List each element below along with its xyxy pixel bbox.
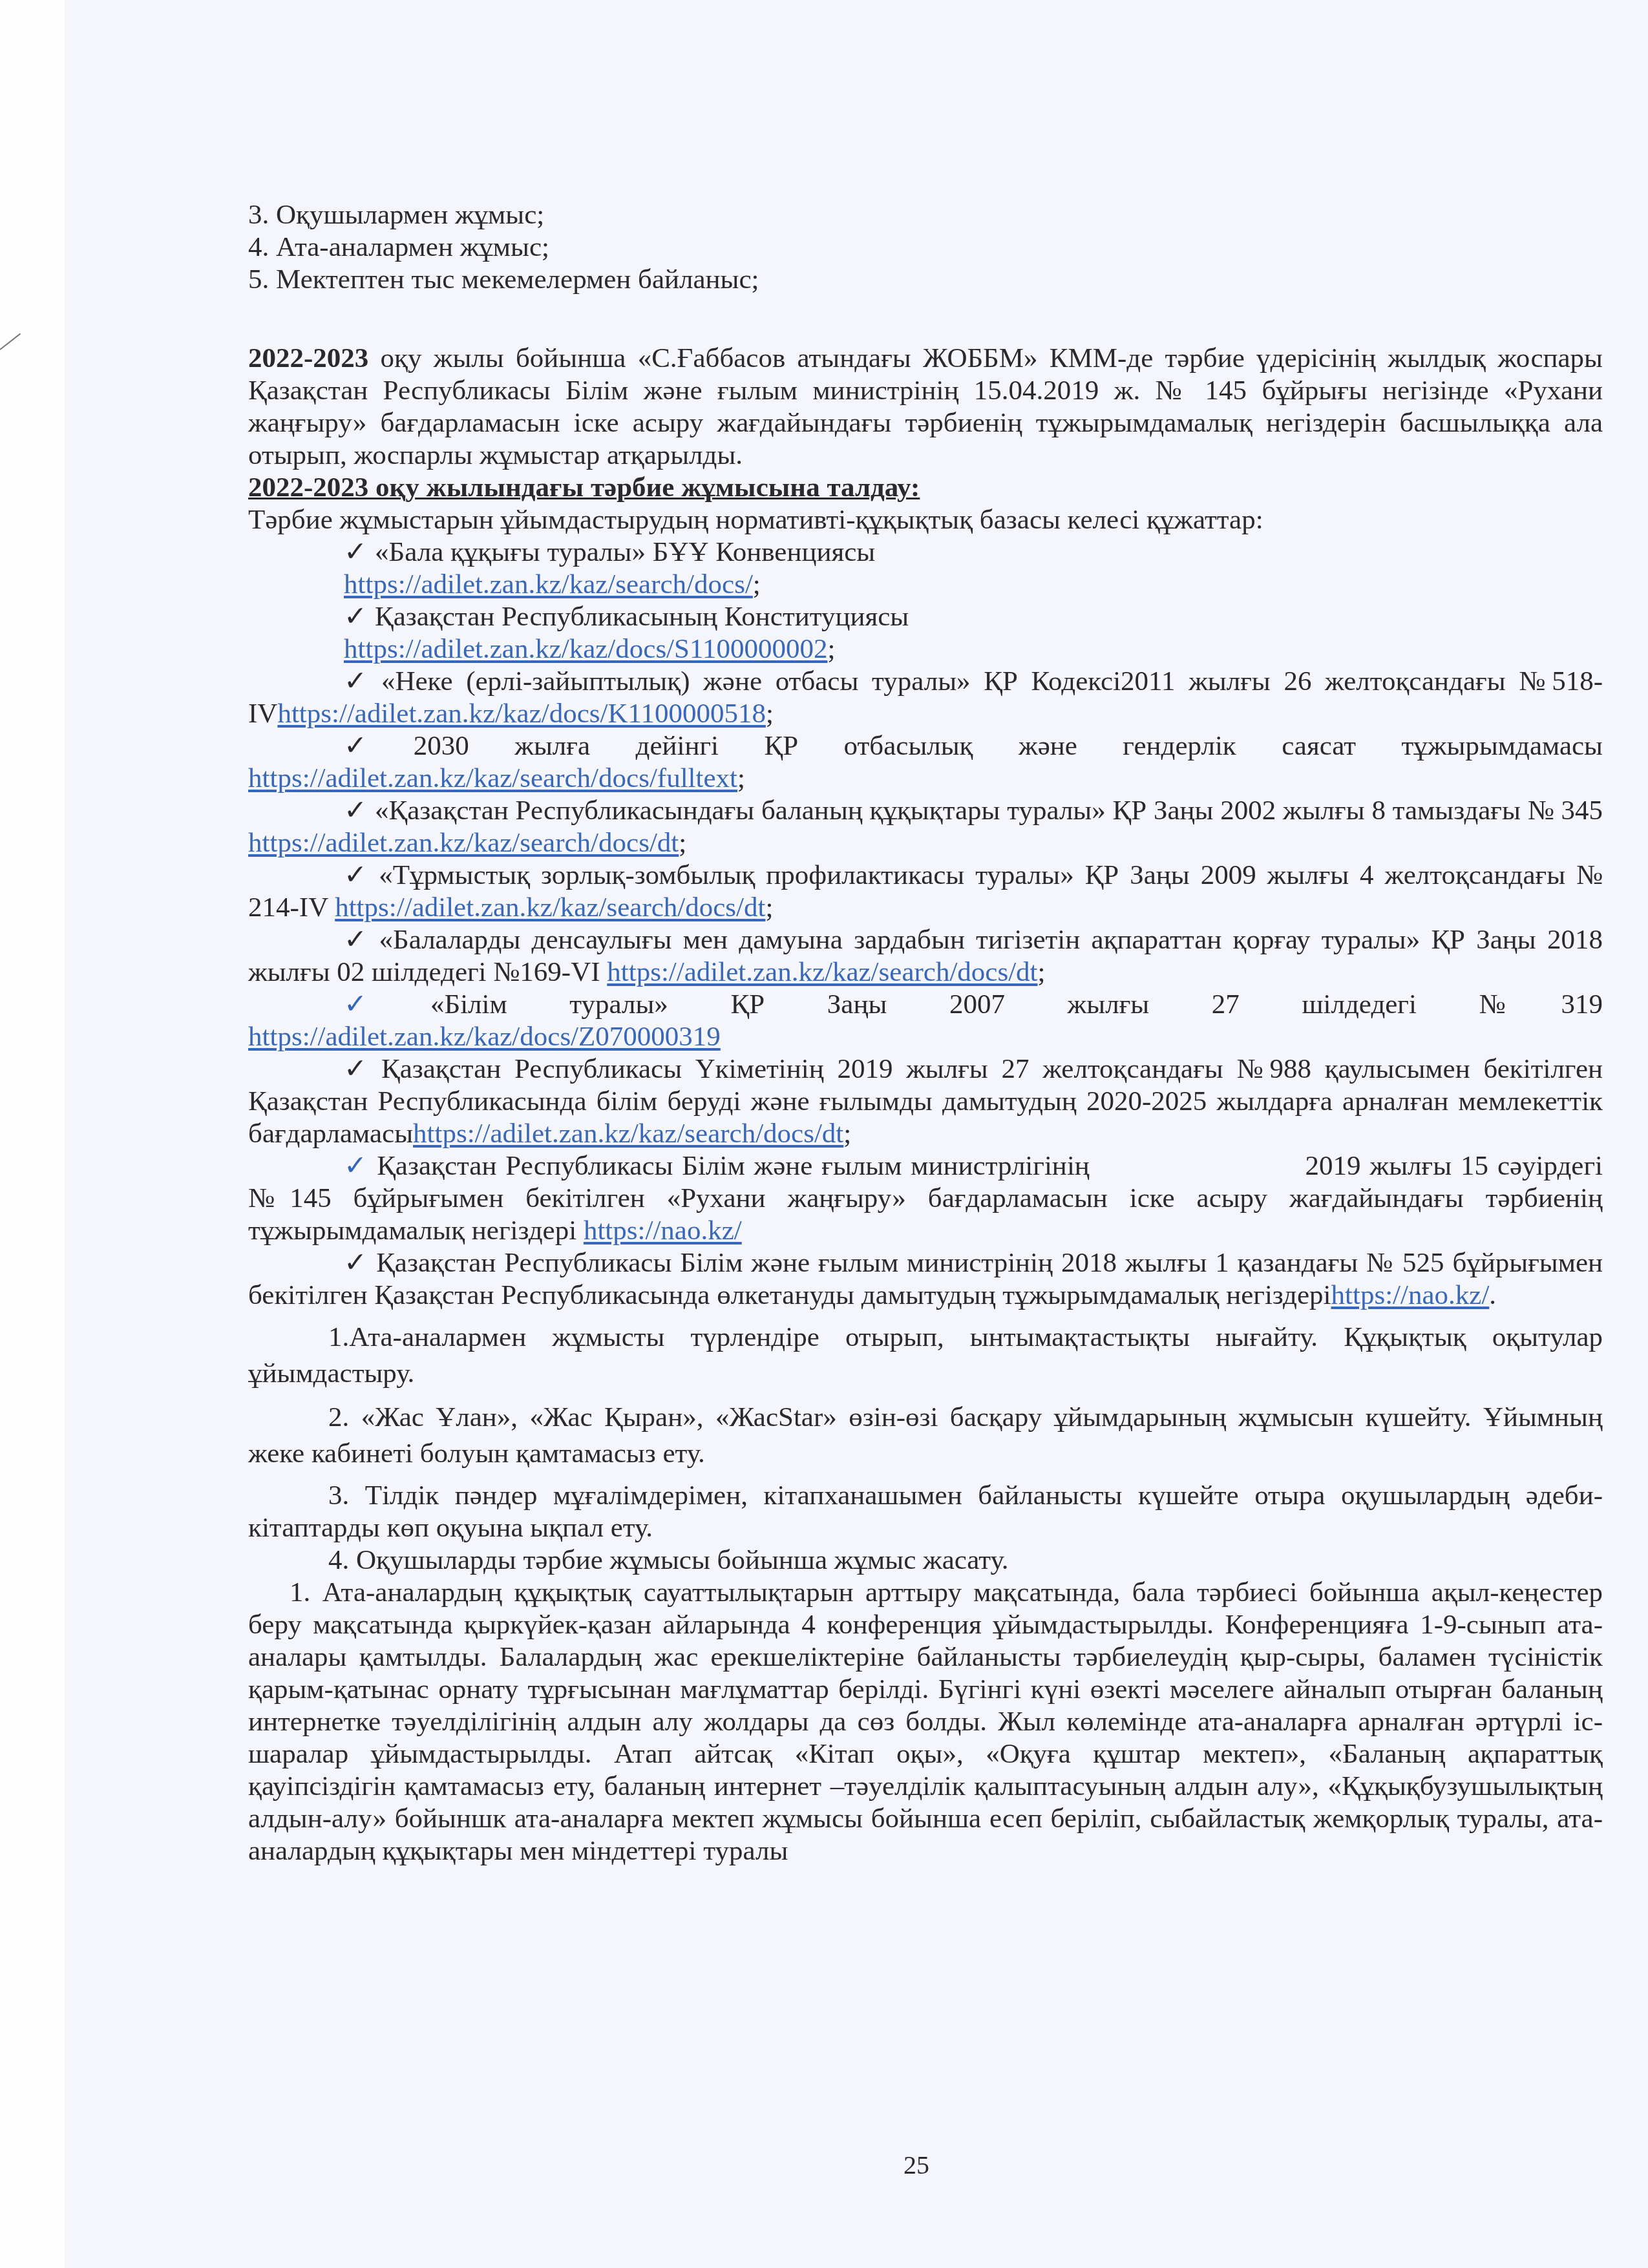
section-heading: 2022-2023 оқу жылындағы тәрбие жұмысына … (248, 472, 920, 503)
list-item: 4. Ата-аналармен жұмыс; (248, 231, 1603, 264)
checkmark-icon: ✓ (344, 1054, 374, 1084)
punctuation: ; (1038, 957, 1046, 987)
checkmark-icon: ✓ (344, 731, 406, 761)
punctuation: . (1489, 1280, 1496, 1310)
work-directions-list: 3. Оқушылармен жұмыс; 4. Ата-аналармен ж… (248, 199, 1603, 296)
intro-year: 2022-2023 (248, 343, 368, 373)
goal-item: 3. Тілдік пәндер мұғалімдерімен, кітапха… (248, 1480, 1603, 1544)
goal-item: 1.Ата-аналармен жұмысты түрлендіре отыры… (248, 1319, 1603, 1392)
reference-link[interactable]: https://nao.kz/ (1331, 1280, 1490, 1310)
punctuation: ; (679, 828, 686, 858)
checkmark-icon: ✓ (344, 795, 367, 826)
reference-item: ✓«Неке (ерлі-зайыптылық) және отбасы тур… (248, 666, 1603, 730)
reference-title: «Қазақстан Республикасындағы баланың құқ… (375, 795, 1603, 826)
scan-margin (0, 0, 65, 2268)
reference-item: ✓Қазақстан Республикасы Үкіметінің 2019 … (248, 1053, 1603, 1150)
body-paragraph: 1. Ата-аналардың құқықтық сауаттылықтары… (248, 1577, 1603, 1867)
page-number: 25 (903, 2149, 929, 2181)
checkmark-icon: ✓ (344, 989, 423, 1020)
spacer (248, 328, 1603, 342)
reference-title: Қазақстан Республикасының Конституциясы (375, 602, 909, 632)
reference-link[interactable]: https://nao.kz/ (584, 1215, 742, 1246)
reference-item: ✓2030 жылға дейінгі ҚР отбасылық және ге… (248, 730, 1603, 795)
punctuation: ; (753, 569, 761, 600)
checkmark-icon: ✓ (344, 860, 371, 890)
reference-item: ✓«Тұрмыстық зорлық-зомбылық профилактика… (248, 859, 1603, 924)
list-item: 3. Оқушылармен жұмыс; (248, 199, 1603, 231)
checkmark-icon: ✓ (344, 1151, 369, 1181)
punctuation: ; (766, 698, 774, 729)
punctuation: ; (737, 763, 745, 793)
spacer (248, 296, 1603, 328)
goal-item: 2. «Жас Ұлан», «Жас Қыран», «ЖасStar» өз… (248, 1400, 1603, 1472)
reference-item: ✓«Қазақстан Республикасындағы баланың құ… (248, 795, 1603, 859)
checkmark-icon: ✓ (344, 666, 374, 697)
intro-paragraph: 2022-2023 оқу жылы бойынша «С.Ғаббасов а… (248, 342, 1603, 472)
document-content: 3. Оқушылармен жұмыс; 4. Ата-аналармен ж… (248, 199, 1603, 1867)
basis-intro: Тәрбие жұмыстарын ұйымдастырудың нормати… (248, 504, 1603, 536)
checkmark-icon: ✓ (344, 537, 367, 567)
reference-link[interactable]: https://adilet.zan.kz/kaz/search/docs/dt (607, 957, 1037, 987)
reference-item: ✓«Бала құқығы туралы» БҰҰ Конвенциясы (248, 536, 1603, 569)
intro-text: оқу жылы бойынша «С.Ғаббасов атындағы ЖО… (248, 343, 1603, 470)
goals-list: 1.Ата-аналармен жұмысты түрлендіре отыры… (248, 1319, 1603, 1577)
reference-item: ✓Қазақстан Республикасының Конституциясы (248, 601, 1603, 633)
reference-link[interactable]: https://adilet.zan.kz/kaz/search/docs/fu… (248, 763, 737, 793)
reference-link[interactable]: https://adilet.zan.kz/kaz/search/docs/dt (248, 828, 679, 858)
checkmark-icon: ✓ (344, 1248, 368, 1278)
reference-item: ✓Қазақстан Республикасы Білім және ғылым… (248, 1247, 1603, 1312)
reference-item: ✓«Білім туралы» ҚР Заңы 2007 жылғы 27 ші… (248, 989, 1603, 1021)
reference-title: 2030 жылға дейінгі ҚР отбасылық және ген… (414, 731, 1603, 761)
reference-title: «Білім туралы» ҚР Заңы 2007 жылғы 27 шіл… (430, 989, 1603, 1020)
reference-link[interactable]: https://adilet.zan.kz/kaz/search/docs/dt (335, 892, 765, 923)
list-item: 5. Мектептен тыс мекемелермен байланыс; (248, 264, 1603, 296)
reference-title: «Бала құқығы туралы» БҰҰ Конвенциясы (375, 537, 875, 567)
checkmark-icon: ✓ (344, 925, 372, 955)
reference-link[interactable]: https://adilet.zan.kz/kaz/docs/S11000000… (344, 634, 827, 664)
reference-item: ✓«Балаларды денсаулығы мен дамуына зарда… (248, 924, 1603, 989)
goal-item: 4. Оқушыларды тәрбие жұмысы бойынша жұмы… (248, 1544, 1603, 1577)
punctuation: ; (827, 634, 835, 664)
normative-documents-list: ✓«Бала құқығы туралы» БҰҰ Конвенциясы ht… (248, 536, 1603, 1312)
reference-link[interactable]: https://adilet.zan.kz/kaz/docs/K11000005… (277, 698, 766, 729)
reference-title: Қазақстан Республикасы Білім және ғылым … (248, 1151, 1610, 1246)
reference-link[interactable]: https://adilet.zan.kz/kaz/search/docs/ (344, 569, 753, 600)
reference-item: ✓Қазақстан Республикасы Білім және ғылым… (248, 1150, 1603, 1247)
reference-link[interactable]: https://adilet.zan.kz/kaz/docs/Z07000031… (248, 1022, 721, 1052)
punctuation: ; (843, 1118, 851, 1149)
stray-pen-mark (0, 333, 21, 350)
reference-link[interactable]: https://adilet.zan.kz/kaz/search/docs/dt (413, 1118, 843, 1149)
punctuation: ; (765, 892, 773, 923)
checkmark-icon: ✓ (344, 602, 367, 632)
